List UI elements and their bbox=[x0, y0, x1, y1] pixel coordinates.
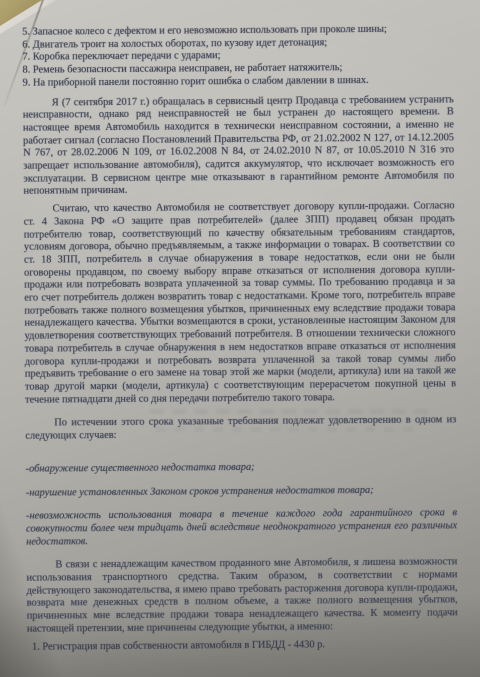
paragraph-deadline-intro: По истечении этого срока указанные требо… bbox=[25, 415, 456, 444]
conditions-list: -обнаружение существенного недостатка то… bbox=[26, 460, 458, 549]
condition-item-2: -нарушение установленных Законом сроков … bbox=[26, 484, 457, 500]
condition-item-3: -невозможность использования товара в те… bbox=[26, 508, 457, 549]
loss-item-1: 1. Регистрация прав собственности автомо… bbox=[32, 638, 458, 654]
condition-item-1: -обнаружение существенного недостатка то… bbox=[26, 460, 457, 476]
losses-list: 1. Регистрация прав собственности автомо… bbox=[27, 638, 458, 654]
defect-list: 5. Запасное колесо с дефектом и его нево… bbox=[22, 23, 453, 90]
photographed-claim-document: 5. Запасное колесо с дефектом и его нево… bbox=[0, 0, 480, 677]
paragraph-service-visit: Я (7 сентября 2017 г.) обращалась в серв… bbox=[23, 94, 455, 199]
document-text-block: 5. Запасное колесо с дефектом и его нево… bbox=[22, 0, 458, 654]
defect-item-9: 9. На приборной панели постоянно горит о… bbox=[23, 74, 454, 90]
paragraph-conclusion: В связи с ненадлежащим качеством проданн… bbox=[26, 557, 458, 637]
paragraph-quality-claim: Считаю, что качество Автомобиля не соотв… bbox=[24, 200, 457, 407]
